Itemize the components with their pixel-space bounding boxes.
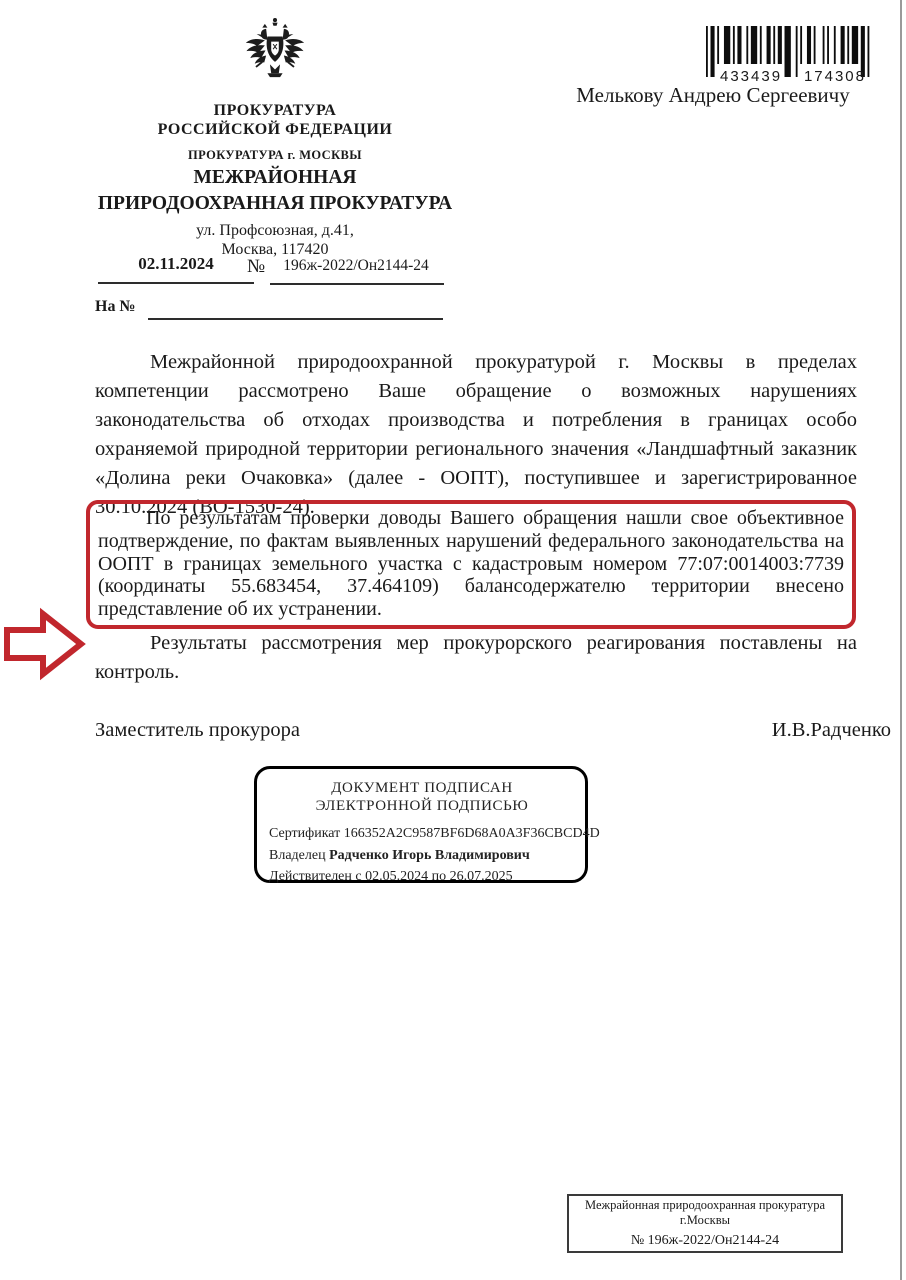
letterhead: ПРОКУРАТУРА РОССИЙСКОЙ ФЕДЕРАЦИИ ПРОКУРА… (60, 14, 490, 259)
red-arrow-right-icon (2, 606, 86, 682)
document-date: 02.11.2024 (98, 254, 254, 274)
signer-name: И.В.Радченко (725, 719, 891, 742)
stamp-validity-row: Действителен с 02.05.2024 по 26.07.2025 (269, 866, 575, 888)
number-underline (270, 283, 444, 285)
barcode: 433439 174308 (706, 26, 872, 85)
stamp-owner-row: Владелец Радченко Игорь Владимирович (269, 845, 575, 867)
footer-org-line2: г.Москвы (573, 1213, 837, 1228)
electronic-signature-stamp: ДОКУМЕНТ ПОДПИСАН ЭЛЕКТРОННОЙ ПОДПИСЬЮ С… (254, 766, 588, 883)
org-name-line1: ПРОКУРАТУРА (60, 101, 490, 120)
footer-number: № 196ж-2022/Он2144-24 (573, 1233, 837, 1249)
date-underline (98, 282, 254, 284)
signer-position: Заместитель прокурора (95, 719, 300, 742)
stamp-title-line1: ДОКУМЕНТ ПОДПИСАН (269, 779, 575, 797)
document-number: 196ж-2022/Он2144-24 (268, 257, 444, 275)
owner-name: Радченко Игорь Владимирович (329, 848, 530, 863)
org-name-line2: РОССИЙСКОЙ ФЕДЕРАЦИИ (60, 120, 490, 139)
body-paragraph-2: По результатам проверки доводы Вашего об… (98, 507, 844, 621)
org-name-line5: ПРИРОДООХРАННАЯ ПРОКУРАТУРА (60, 193, 490, 215)
certificate-value: 166352A2C9587BF6D68A0A3F36CBCD4D (344, 826, 600, 841)
reply-to-label: На № (95, 298, 136, 316)
stamp-title-line2: ЭЛЕКТРОННОЙ ПОДПИСЬЮ (269, 797, 575, 815)
highlighted-paragraph-box: По результатам проверки доводы Вашего об… (86, 500, 856, 629)
stamp-certificate-row: Сертификат 166352A2C9587BF6D68A0A3F36CBC… (269, 823, 575, 845)
org-name-line3: ПРОКУРАТУРА г. МОСКВЫ (60, 148, 490, 163)
number-sign: № (247, 256, 265, 278)
russian-coat-of-arms-icon (237, 14, 313, 97)
reply-to-underline (148, 318, 443, 320)
body-paragraph-3: Результаты рассмотрения мер прокурорског… (95, 629, 857, 687)
document-page: ПРОКУРАТУРА РОССИЙСКОЙ ФЕДЕРАЦИИ ПРОКУРА… (0, 0, 906, 1280)
recipient-name: Мелькову Андрею Сергеевичу (545, 83, 881, 108)
org-name-line4: МЕЖРАЙОННАЯ (60, 167, 490, 189)
footer-registration-stamp: Межрайонная природоохранная прокуратура … (567, 1194, 843, 1253)
org-address-street: ул. Профсоюзная, д.41, (60, 221, 490, 240)
page-edge-line (900, 0, 902, 1280)
footer-org-line1: Межрайонная природоохранная прокуратура (573, 1198, 837, 1213)
body-paragraph-1: Межрайонной природоохранной прокуратурой… (95, 348, 857, 522)
